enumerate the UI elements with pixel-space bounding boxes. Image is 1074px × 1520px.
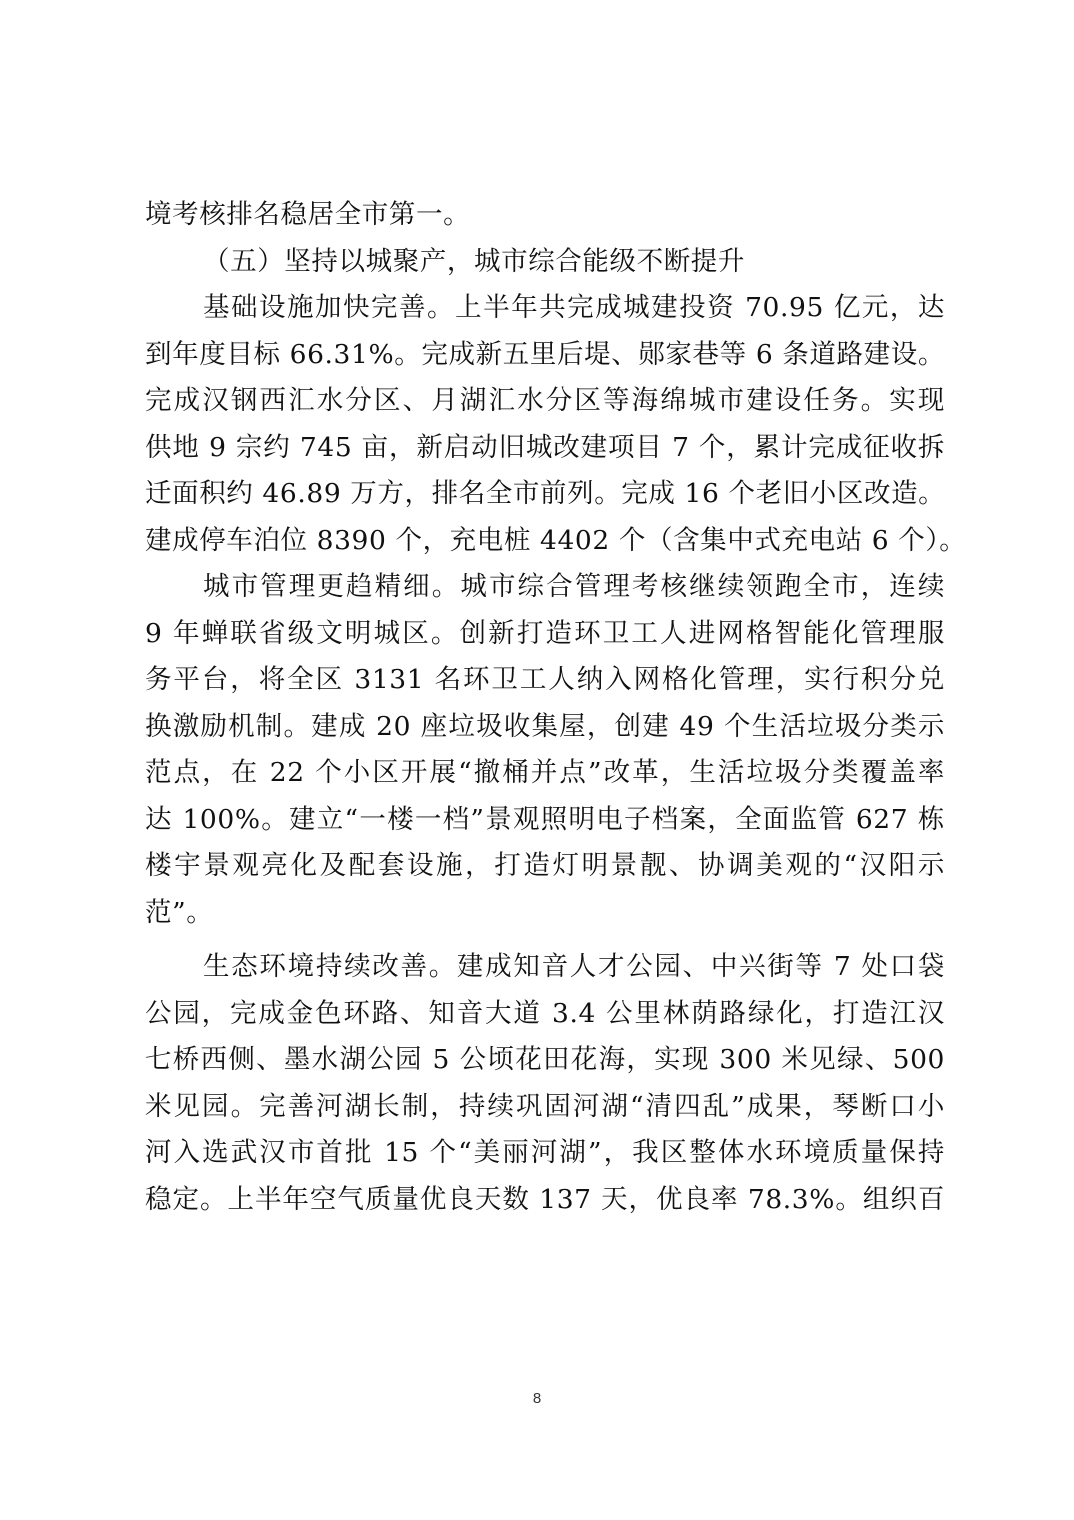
paragraph-city-management-line: 务平台，将全区 3131 名环卫工人纳入网格化管理，实行积分兑 [145,657,945,704]
paragraph-city-management-line: 达 100%。建立“一楼一档”景观照明电子档案，全面监管 627 栋 [145,797,945,844]
paragraph-city-management-line: 楼宇景观亮化及配套设施，打造灯明景靓、协调美观的“汉阳示 [145,843,945,890]
section-heading: （五）坚持以城聚产，城市综合能级不断提升 [145,239,945,286]
paragraph-city-management-line: 城市管理更趋精细。城市综合管理考核继续领跑全市，连续 [145,564,945,611]
paragraph-infrastructure-line: 建成停车泊位 8390 个，充电桩 4402 个（含集中式充电站 6 个）。 [145,518,945,565]
paragraph-city-management-line: 范”。 [145,890,945,937]
paragraph-city-management-line: 换激励机制。建成 20 座垃圾收集屋，创建 49 个生活垃圾分类示 [145,704,945,751]
paragraph-infrastructure-line: 供地 9 宗约 745 亩，新启动旧城改建项目 7 个，累计完成征收拆 [145,425,945,472]
text-line-continuation: 境考核排名稳居全市第一。 [145,192,945,239]
paragraph-city-management-line: 范点，在 22 个小区开展“撤桶并点”改革，生活垃圾分类覆盖率 [145,750,945,797]
paragraph-ecology-line: 稳定。上半年空气质量优良天数 137 天，优良率 78.3%。组织百 [145,1177,945,1224]
paragraph-ecology-line: 生态环境持续改善。建成知音人才公园、中兴街等 7 处口袋 [145,944,945,991]
paragraph-ecology-line: 七桥西侧、墨水湖公园 5 公顷花田花海，实现 300 米见绿、500 [145,1037,945,1084]
paragraph-infrastructure-line: 完成汉钢西汇水分区、月湖汇水分区等海绵城市建设任务。实现 [145,378,945,425]
paragraph-infrastructure-line: 到年度目标 66.31%。完成新五里后堤、郧家巷等 6 条道路建设。 [145,332,945,379]
document-body: 境考核排名稳居全市第一。 （五）坚持以城聚产，城市综合能级不断提升 基础设施加快… [145,192,945,1223]
paragraph-city-management-line: 9 年蝉联省级文明城区。创新打造环卫工人进网格智能化管理服 [145,611,945,658]
paragraph-infrastructure-line: 基础设施加快完善。上半年共完成城建投资 70.95 亿元，达 [145,285,945,332]
document-page: 境考核排名稳居全市第一。 （五）坚持以城聚产，城市综合能级不断提升 基础设施加快… [0,0,1074,1520]
paragraph-infrastructure-line: 迁面积约 46.89 万方，排名全市前列。完成 16 个老旧小区改造。 [145,471,945,518]
page-number: 8 [0,1390,1074,1407]
paragraph-ecology-line: 公园，完成金色环路、知音大道 3.4 公里林荫路绿化，打造江汉 [145,991,945,1038]
paragraph-gap [145,936,945,944]
paragraph-ecology-line: 米见园。完善河湖长制，持续巩固河湖“清四乱”成果，琴断口小 [145,1084,945,1131]
paragraph-ecology-line: 河入选武汉市首批 15 个“美丽河湖”，我区整体水环境质量保持 [145,1130,945,1177]
